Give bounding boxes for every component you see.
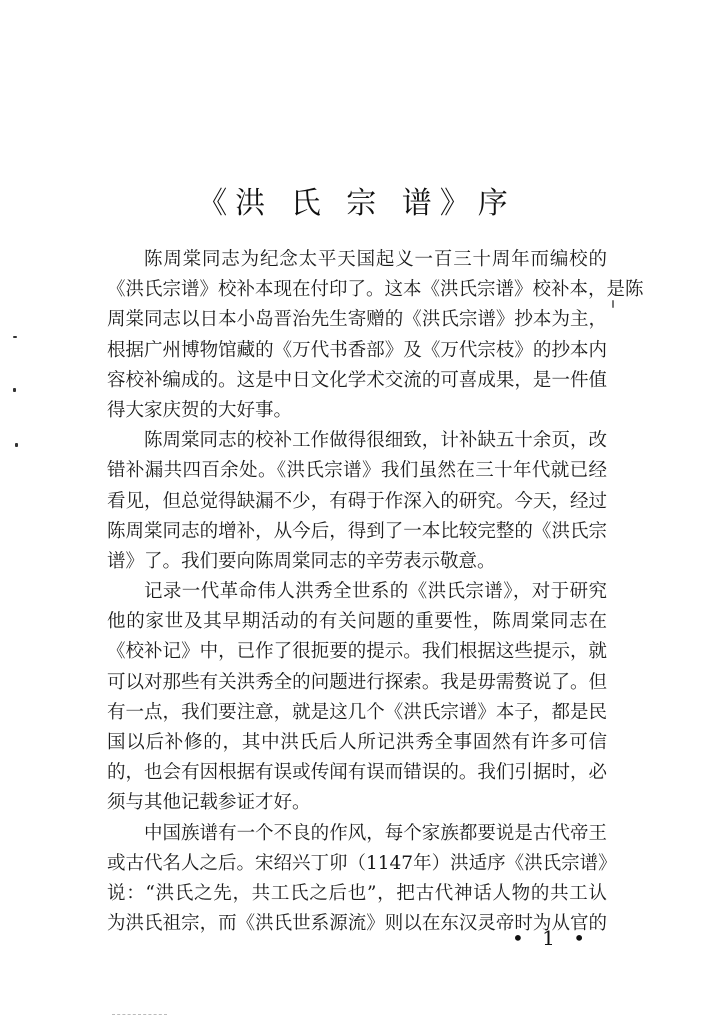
- text-line: 记录一代革命伟人洪秀全世系的《洪氏宗谱》，对于研究: [107, 577, 607, 607]
- text-line: 《校补记》中，已作了很扼要的提示。我们根据这些提示，就: [107, 637, 607, 667]
- text-line: 得大家庆贺的大好事。: [107, 396, 607, 426]
- text-line: 说：“洪氏之先，共工氏之后也”，把古代神话人物的共工认: [107, 879, 607, 909]
- document-page: 《洪 氏 宗 谱》序 陈周棠同志为纪念太平天国起义一百三十周年而编校的 《洪氏宗…: [0, 0, 713, 1024]
- scan-speck: [15, 443, 18, 447]
- text-line: 的，也会有因根据有误或传闻有误而错误的。我们引据时，必: [107, 758, 607, 788]
- text-line: 有一点，我们要注意，就是这几个《洪氏宗谱》本子，都是民: [107, 698, 607, 728]
- text-line: 国以后补修的，其中洪氏后人所记洪秀全事固然有许多可信: [107, 728, 607, 758]
- text-line: 根据广州博物馆藏的《万代书香部》及《万代宗枝》的抄本内: [107, 336, 607, 366]
- scan-artifact-line: [112, 1014, 167, 1017]
- text-line: 容校补编成的。这是中日文化学术交流的可喜成果，是一件值: [107, 366, 607, 396]
- scan-speck: [13, 336, 17, 338]
- text-line: 陈周棠同志为纪念太平天国起义一百三十周年而编校的: [107, 245, 607, 275]
- text-line: 周棠同志以日本小岛晋治先生寄赠的《洪氏宗谱》抄本为主，: [107, 305, 607, 335]
- text-line: 看见，但总觉得缺漏不少，有碍于作深入的研究。今天，经过: [107, 487, 607, 517]
- text-line: 或古代名人之后。宋绍兴丁卯（1147年）洪适序《洪氏宗谱》: [107, 849, 607, 879]
- scan-speck: [612, 300, 614, 308]
- body-text: 陈周棠同志为纪念太平天国起义一百三十周年而编校的 《洪氏宗谱》校补本现在付印了。…: [107, 245, 607, 939]
- page-number: • 1 •: [512, 926, 591, 950]
- text-line: 陈周棠同志的校补工作做得很细致，计补缺五十余页，改: [107, 426, 607, 456]
- text-line: 谱》了。我们要向陈周棠同志的辛劳表示敬意。: [107, 547, 607, 577]
- text-line: 可以对那些有关洪秀全的问题进行探索。我是毋需赘说了。但: [107, 668, 607, 698]
- text-line: 陈周棠同志的增补，从今后，得到了一本比较完整的《洪氏宗: [107, 517, 607, 547]
- scan-speck: [13, 388, 16, 392]
- page-title: 《洪 氏 宗 谱》序: [0, 178, 713, 222]
- text-line: 《洪氏宗谱》校补本现在付印了。这本《洪氏宗谱》校补本，是陈: [107, 275, 607, 305]
- text-line: 中国族谱有一个不良的作风，每个家族都要说是古代帝王: [107, 819, 607, 849]
- text-line: 须与其他记载参证才好。: [107, 788, 607, 818]
- text-line: 他的家世及其早期活动的有关问题的重要性，陈周棠同志在: [107, 607, 607, 637]
- text-line: 错补漏共四百余处。《洪氏宗谱》我们虽然在三十年代就已经: [107, 456, 607, 486]
